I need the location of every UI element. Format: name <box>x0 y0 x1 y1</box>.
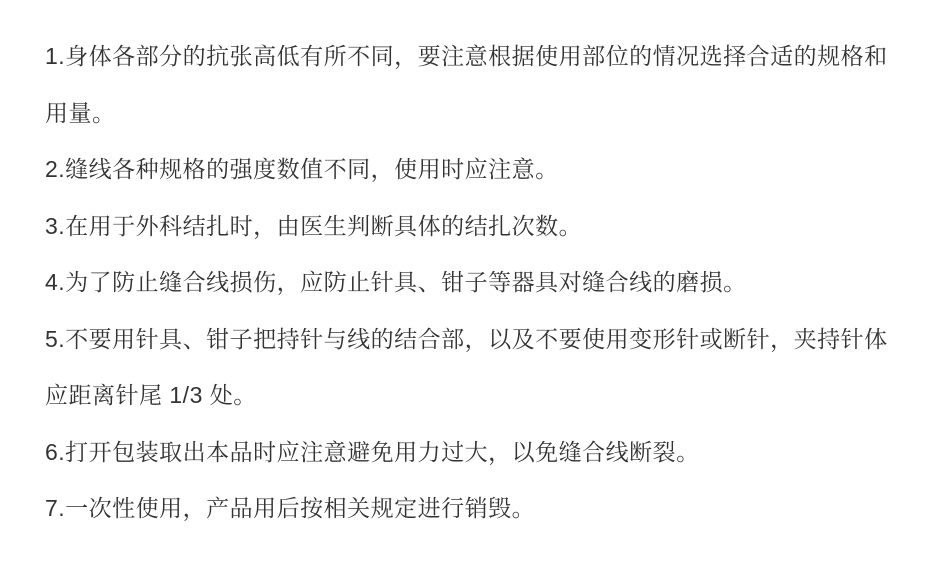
instruction-item-2: 2.缝线各种规格的强度数值不同，使用时应注意。 <box>45 141 905 198</box>
instructions-document: 1.身体各部分的抗张高低有所不同，要注意根据使用部位的情况选择合适的规格和用量。… <box>0 0 948 563</box>
instruction-item-3: 3.在用于外科结扎时，由医生判断具体的结扎次数。 <box>45 198 905 255</box>
instruction-item-4: 4.为了防止缝合线损伤，应防止针具、钳子等器具对缝合线的磨损。 <box>45 254 905 311</box>
instruction-item-7: 7.一次性使用，产品用后按相关规定进行销毁。 <box>45 480 905 537</box>
instruction-item-6: 6.打开包装取出本品时应注意避免用力过大，以免缝合线断裂。 <box>45 424 905 481</box>
instruction-item-1: 1.身体各部分的抗张高低有所不同，要注意根据使用部位的情况选择合适的规格和用量。 <box>45 28 905 141</box>
instruction-item-5: 5.不要用针具、钳子把持针与线的结合部，以及不要使用变形针或断针，夹持针体应距离… <box>45 311 905 424</box>
